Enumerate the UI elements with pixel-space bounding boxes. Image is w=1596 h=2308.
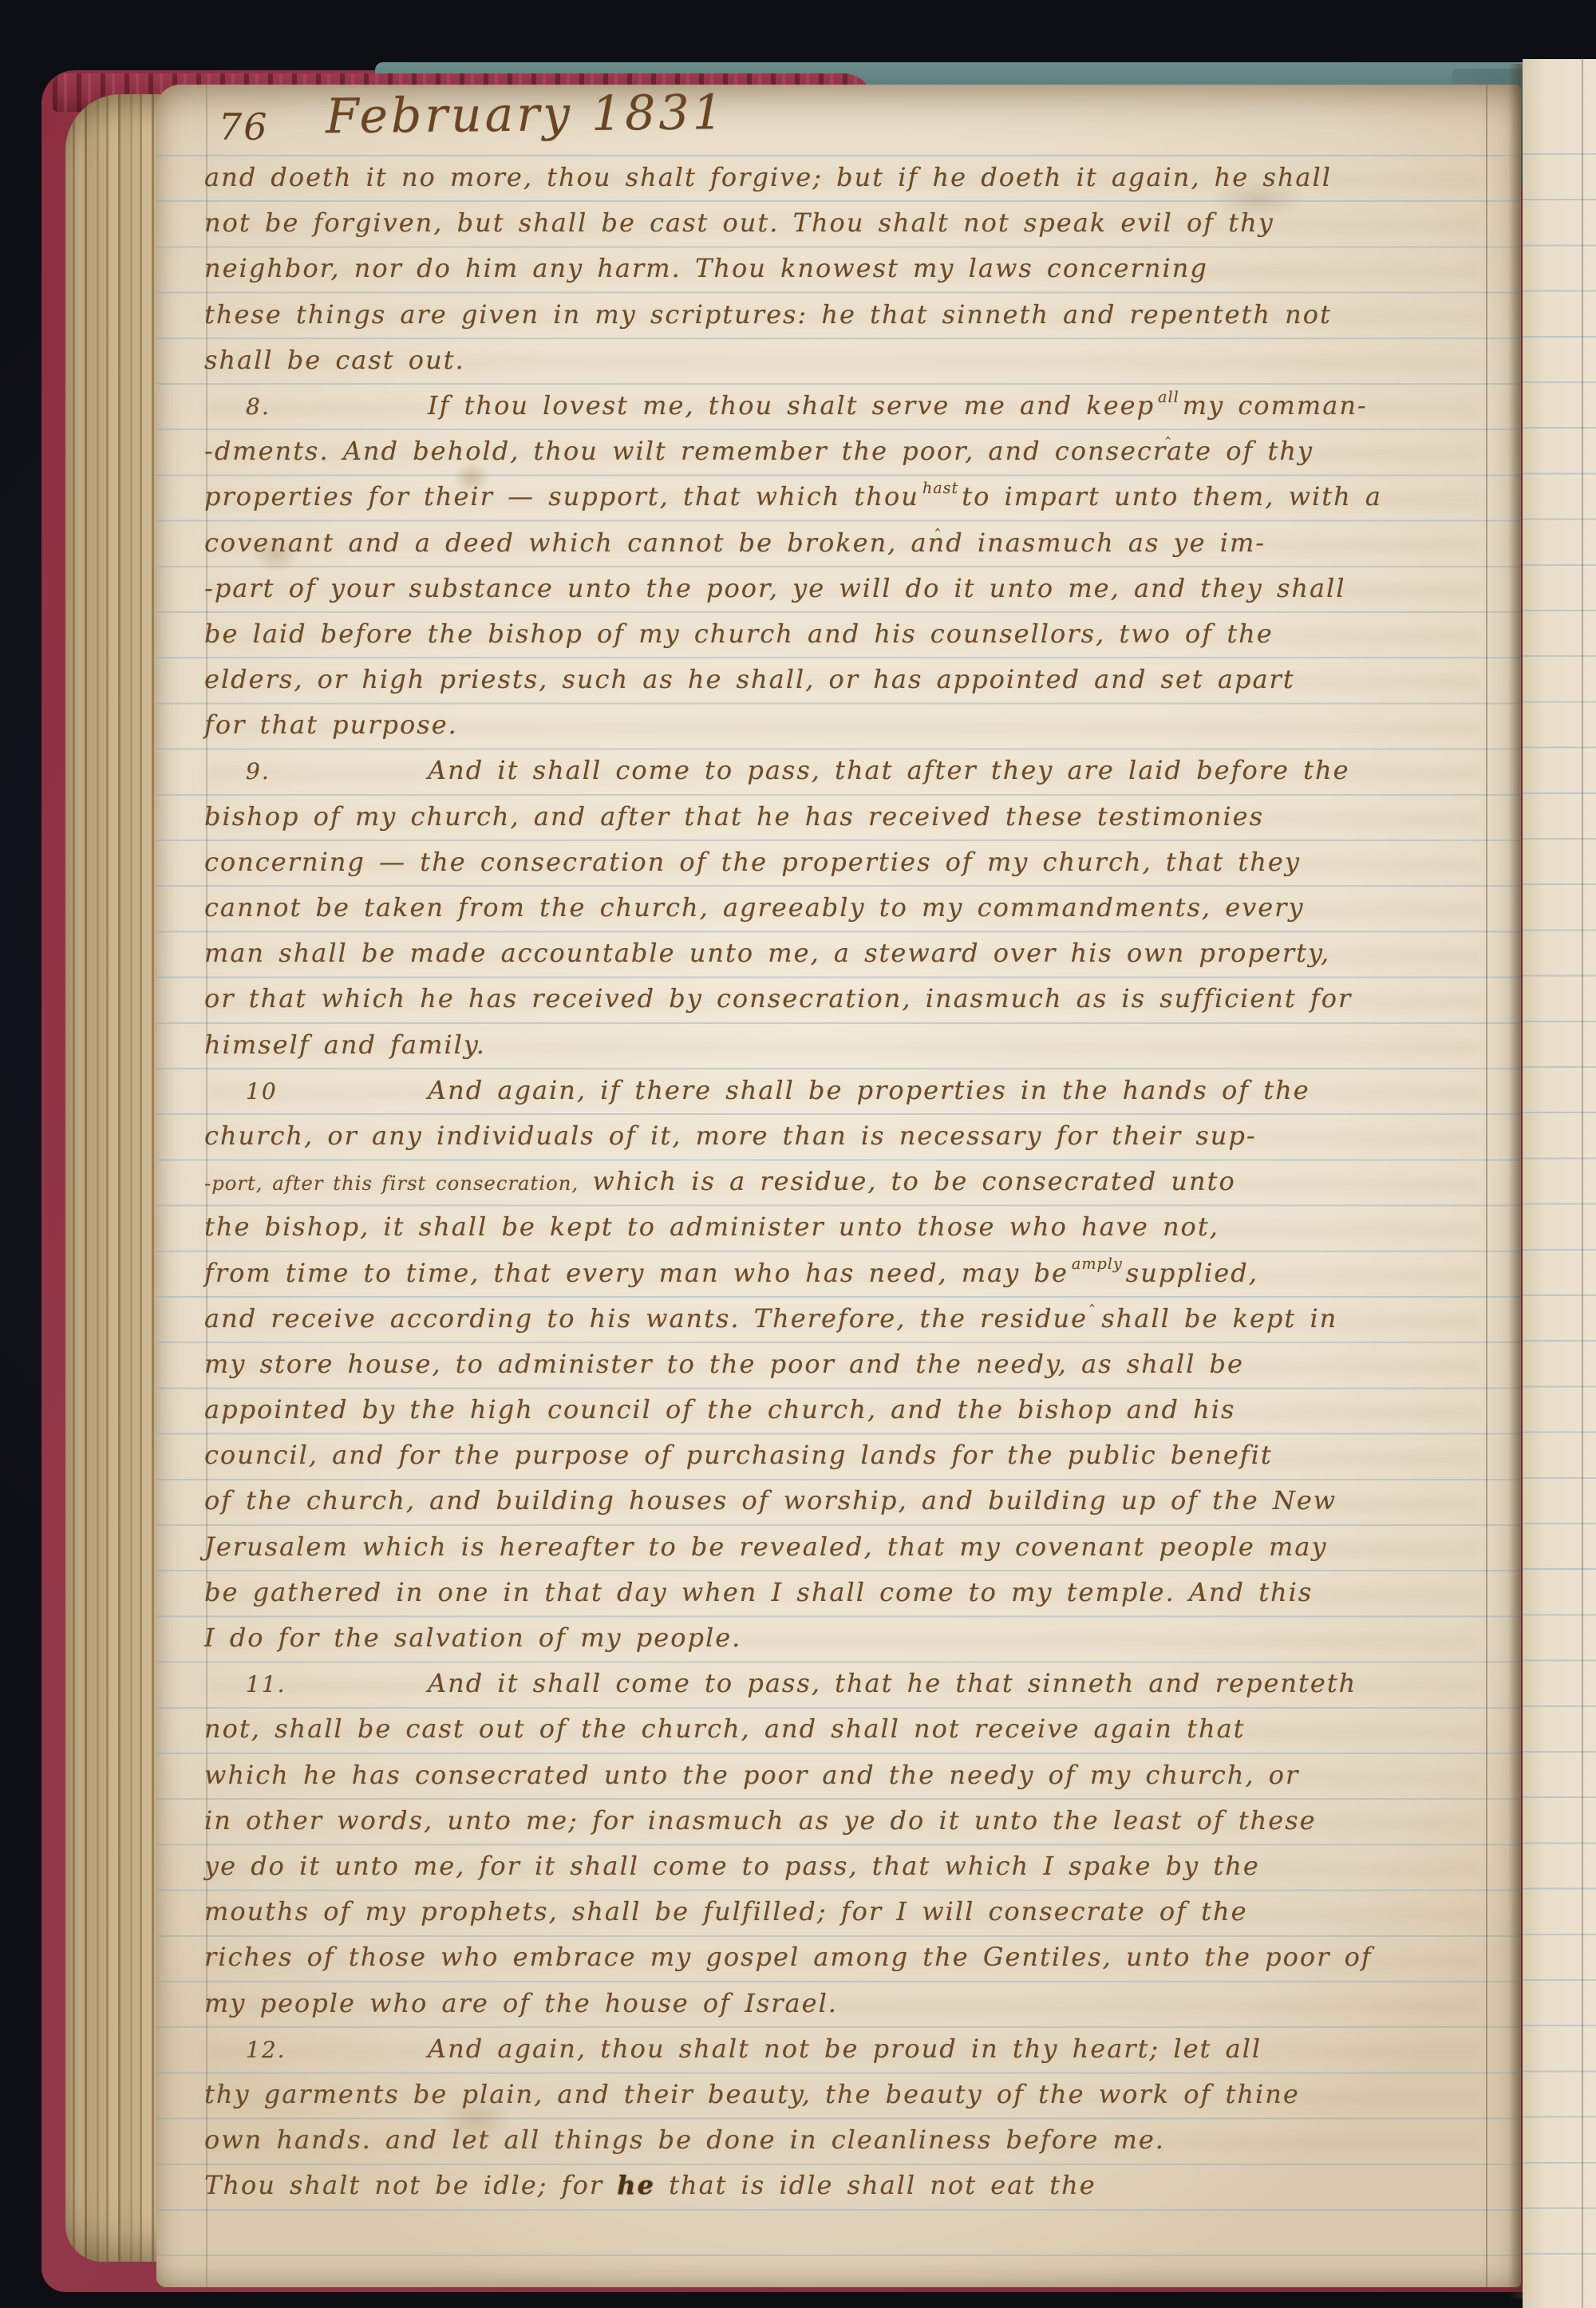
manuscript-line: -dments. And behold, thou wilt remember … bbox=[204, 429, 1513, 474]
line-text: be laid before the bishop of my church a… bbox=[204, 618, 1274, 649]
manuscript-line: 10And again, if there shall be propertie… bbox=[204, 1068, 1513, 1113]
line-text: thy garments be plain, and their beauty,… bbox=[204, 2079, 1300, 2109]
line-text: be gathered in one in that day when I sh… bbox=[204, 1577, 1313, 1607]
manuscript-line: elders, or high priests, such as he shal… bbox=[204, 657, 1513, 702]
line-text: mouths of my prophets, shall be fulfille… bbox=[204, 1896, 1248, 1927]
manuscript-line: and doeth it no more, thou shalt forgive… bbox=[204, 155, 1513, 200]
verse-number: 10 bbox=[246, 1069, 428, 1114]
manuscript-line: 11.And it shall come to pass, that he th… bbox=[204, 1661, 1513, 1706]
verse-number: 11. bbox=[246, 1662, 428, 1707]
manuscript-line: -port, after this first consecration, wh… bbox=[204, 1159, 1513, 1204]
facing-page-margin-rule bbox=[1582, 59, 1583, 2308]
manuscript-line: bishop of my church, and after that he h… bbox=[204, 794, 1513, 840]
line-text: ye do it unto me, for it shall come to p… bbox=[204, 1851, 1260, 1881]
manuscript-line: covenant and a deed which cannot be brok… bbox=[204, 520, 1513, 566]
line-text: riches of those who embrace my gospel am… bbox=[204, 1942, 1373, 1972]
line-text: cannot be taken from the church, agreeab… bbox=[204, 892, 1305, 923]
line-text: which is a residue, to be consecrated un… bbox=[592, 1166, 1235, 1196]
manuscript-line: own hands. and let all things be done in… bbox=[204, 2117, 1513, 2163]
line-text: the bishop, it shall be kept to administ… bbox=[204, 1211, 1219, 1242]
manuscript-line: appointed by the high council of the chu… bbox=[204, 1387, 1513, 1433]
line-text: which he has consecrated unto the poor a… bbox=[204, 1760, 1299, 1790]
manuscript-line: of the church, and building houses of wo… bbox=[204, 1478, 1513, 1524]
verse-number: 12. bbox=[246, 2027, 428, 2073]
line-text: my store house, to administer to the poo… bbox=[204, 1349, 1244, 1379]
line-text: not be forgiven, but shall be cast out. … bbox=[204, 207, 1274, 238]
manuscript-line: which he has consecrated unto the poor a… bbox=[204, 1753, 1513, 1798]
manuscript-line: mouths of my prophets, shall be fulfille… bbox=[204, 1889, 1513, 1935]
line-text: my comman- bbox=[1183, 390, 1368, 421]
manuscript-line: neighbor, nor do him any harm. Thou know… bbox=[204, 246, 1513, 291]
line-text: these things are given in my scriptures:… bbox=[204, 299, 1332, 330]
manuscript-line: cannot be taken from the church, agreeab… bbox=[204, 885, 1513, 931]
facing-page-edge bbox=[1523, 59, 1596, 2308]
line-text: that is idle shall not eat the bbox=[669, 2170, 1096, 2200]
interlinear-insertion: all bbox=[1158, 388, 1179, 406]
line-text: council, and for the purpose of purchasi… bbox=[204, 1440, 1273, 1470]
manuscript-line: thy garments be plain, and their beauty,… bbox=[204, 2072, 1513, 2117]
line-text: And again, if there shall be properties … bbox=[428, 1075, 1310, 1105]
manuscript-line: church, or any individuals of it, more t… bbox=[204, 1113, 1513, 1159]
overwritten-word: he bbox=[617, 2170, 655, 2200]
line-text: bishop of my church, and after that he h… bbox=[204, 801, 1264, 832]
line-text: of the church, and building houses of wo… bbox=[204, 1485, 1337, 1516]
manuscript-line: and receive according to his wants. Ther… bbox=[204, 1296, 1513, 1342]
line-text: from time to time, that every man who ha… bbox=[204, 1258, 1069, 1288]
line-text: himself and family. bbox=[204, 1030, 486, 1060]
line-text: Jerusalem which is hereafter to be revea… bbox=[204, 1531, 1328, 1562]
line-text: man shall be made accountable unto me, a… bbox=[204, 938, 1330, 968]
manuscript-line: ye do it unto me, for it shall come to p… bbox=[204, 1844, 1513, 1889]
line-text: And it shall come to pass, that he that … bbox=[428, 1668, 1357, 1698]
manuscript-line: be laid before the bishop of my church a… bbox=[204, 611, 1513, 657]
line-text: -part of your substance unto the poor, y… bbox=[204, 573, 1346, 603]
line-text: supplied, bbox=[1126, 1258, 1258, 1288]
line-text: Thou shalt not be idle; for bbox=[204, 2170, 603, 2200]
line-text: shall be cast out. bbox=[204, 345, 465, 375]
line-text: appointed by the high council of the chu… bbox=[204, 1394, 1235, 1425]
line-text: elders, or high priests, such as he shal… bbox=[204, 664, 1295, 694]
manuscript-line: -part of your substance unto the poor, y… bbox=[204, 566, 1513, 611]
manuscript-line: 12.And again, thou shalt not be proud in… bbox=[204, 2026, 1513, 2072]
line-text: in other words, unto me; for inasmuch as… bbox=[204, 1805, 1317, 1836]
manuscript-line: the bishop, it shall be kept to administ… bbox=[204, 1204, 1513, 1250]
line-text: I do for the salvation of my people. bbox=[204, 1622, 741, 1653]
line-text: or that which he has received by consecr… bbox=[204, 983, 1352, 1014]
manuscript-line: my people who are of the house of Israel… bbox=[204, 1981, 1513, 2026]
line-text: church, or any individuals of it, more t… bbox=[204, 1120, 1257, 1151]
manuscript-line: 9.And it shall come to pass, that after … bbox=[204, 748, 1513, 793]
manuscript-line: council, and for the purpose of purchasi… bbox=[204, 1433, 1513, 1478]
line-text: and receive according to his wants. Ther… bbox=[204, 1303, 1337, 1334]
line-text: concerning — the consecration of the pro… bbox=[204, 847, 1301, 877]
line-text: and doeth it no more, thou shalt forgive… bbox=[204, 162, 1332, 192]
manuscript-line: properties for their — support, that whi… bbox=[204, 474, 1513, 520]
journal-page: 76 February 1831 and doeth it no more, t… bbox=[156, 85, 1521, 2287]
line-text: And again, thou shalt not be proud in th… bbox=[428, 2033, 1262, 2064]
line-text: to impart unto them, with a bbox=[962, 481, 1382, 512]
line-text: properties for their — support, that whi… bbox=[204, 481, 919, 512]
manuscript-line: not be forgiven, but shall be cast out. … bbox=[204, 200, 1513, 246]
line-text: neighbor, nor do him any harm. Thou know… bbox=[204, 253, 1208, 283]
manuscript-line: in other words, unto me; for inasmuch as… bbox=[204, 1798, 1513, 1844]
manuscript-line: man shall be made accountable unto me, a… bbox=[204, 931, 1513, 976]
manuscript-line: shall be cast out. bbox=[204, 338, 1513, 383]
manuscript-line: Jerusalem which is hereafter to be revea… bbox=[204, 1524, 1513, 1570]
line-text: covenant and a deed which cannot be brok… bbox=[204, 528, 1266, 558]
manuscript-line: I do for the salvation of my people. bbox=[204, 1615, 1513, 1661]
line-text: If thou lovest me, thou shalt serve me a… bbox=[428, 390, 1155, 421]
manuscript-line: or that which he has received by consecr… bbox=[204, 976, 1513, 1022]
manuscript-line: 8.If thou lovest me, thou shalt serve me… bbox=[204, 383, 1513, 429]
manuscript-line: Thou shalt not be idle; for he that is i… bbox=[204, 2163, 1513, 2208]
line-text: -port, after this first consecration, bbox=[204, 1172, 579, 1195]
line-text: own hands. and let all things be done in… bbox=[204, 2124, 1165, 2155]
line-text: for that purpose. bbox=[204, 709, 458, 740]
manuscript-line: my store house, to administer to the poo… bbox=[204, 1342, 1513, 1387]
interlinear-insertion: amply bbox=[1072, 1255, 1123, 1273]
manuscript-line: not, shall be cast out of the church, an… bbox=[204, 1706, 1513, 1752]
manuscript-line: for that purpose. bbox=[204, 702, 1513, 748]
date-heading: February 1831 bbox=[326, 85, 837, 144]
page-number: 76 bbox=[219, 105, 269, 148]
facing-page-ruled-lines bbox=[1523, 153, 1596, 2260]
verse-number: 9. bbox=[246, 749, 428, 794]
line-text: And it shall come to pass, that after th… bbox=[428, 755, 1350, 785]
line-text: -dments. And behold, thou wilt remember … bbox=[204, 436, 1314, 466]
manuscript-line: these things are given in my scriptures:… bbox=[204, 292, 1513, 338]
line-text: not, shall be cast out of the church, an… bbox=[204, 1713, 1246, 1744]
manuscript-line: be gathered in one in that day when I sh… bbox=[204, 1570, 1513, 1615]
line-text: my people who are of the house of Israel… bbox=[204, 1988, 838, 2018]
manuscript-line: from time to time, that every man who ha… bbox=[204, 1251, 1513, 1296]
manuscript-line: himself and family. bbox=[204, 1022, 1513, 1068]
manuscript-line: riches of those who embrace my gospel am… bbox=[204, 1935, 1513, 1980]
verse-number: 8. bbox=[246, 384, 428, 429]
manuscript-line: concerning — the consecration of the pro… bbox=[204, 840, 1513, 885]
manuscript-photo: 76 February 1831 and doeth it no more, t… bbox=[0, 0, 1596, 2308]
handwritten-body: and doeth it no more, thou shalt forgive… bbox=[204, 155, 1513, 2208]
interlinear-insertion: hast bbox=[922, 479, 958, 497]
